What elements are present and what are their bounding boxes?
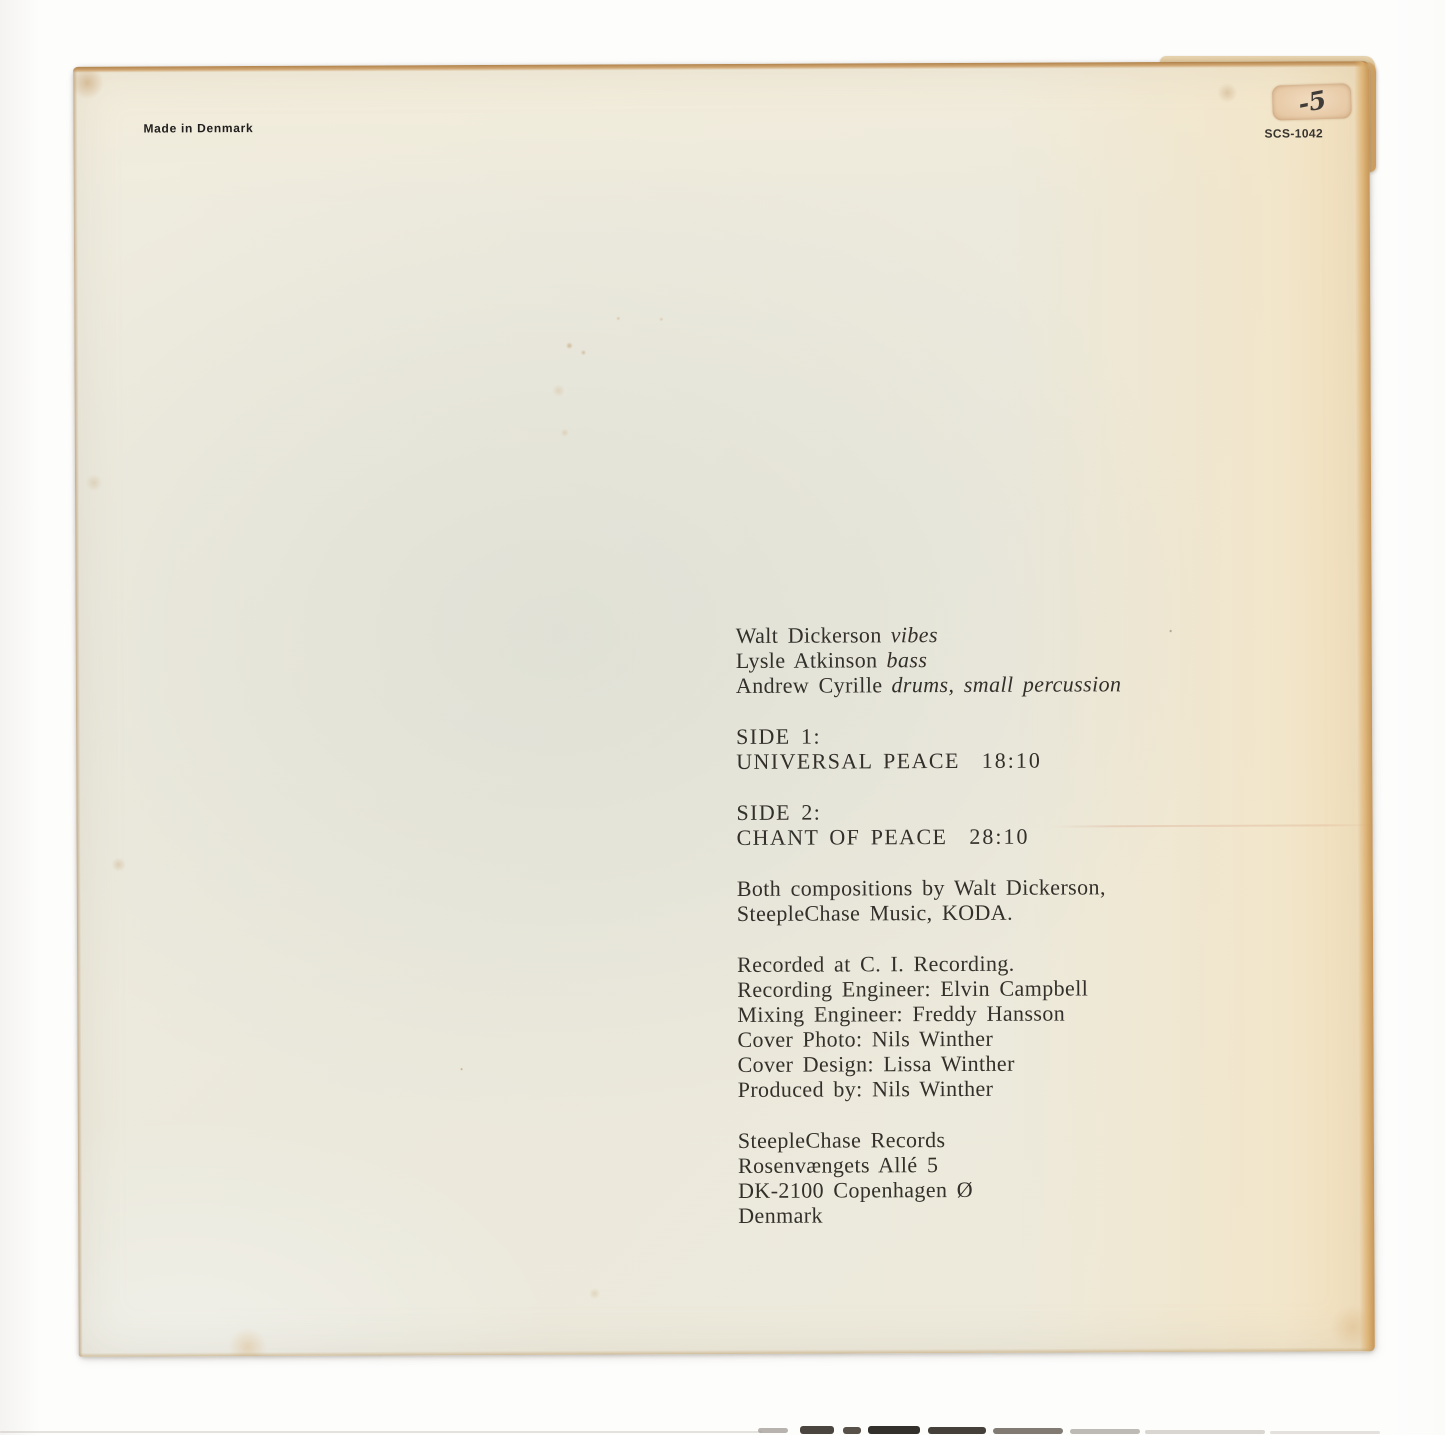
scan-fragment [1070,1429,1140,1434]
musician-instrument: drums, small percussion [891,671,1121,697]
musician-instrument: vibes [891,622,938,647]
scan-fragment [843,1427,861,1434]
side-label: SIDE 2: [736,797,1336,825]
label-address: SteepleChase Records Rosenvængets Allé 5… [738,1125,1338,1228]
worn-edge-left [73,67,83,1357]
personnel-row: Walt Dickersonvibes [736,620,1336,648]
credit-line: Recorded at C. I. Recording. [737,949,1337,977]
side-2-tracklist: SIDE 2: CHANT OF PEACE28:10 [736,797,1336,850]
album-back-cover-photo: Made in Denmark -5 SCS-1042 Walt Dickers… [0,0,1445,1435]
made-in-denmark-text: Made in Denmark [143,121,253,135]
price-sticker: -5 [1272,83,1352,120]
address-line: SteepleChase Records [738,1125,1338,1153]
sticker-handwriting: -5 [1296,85,1329,119]
musician-instrument: bass [886,647,927,672]
side-label: SIDE 1: [736,721,1336,749]
credit-line: Mixing Engineer: Freddy Hansson [737,999,1337,1027]
worn-edge-top [73,61,1369,73]
track-line: CHANT OF PEACE28:10 [737,822,1337,850]
personnel-list: Walt Dickersonvibes Lysle Atkinsonbass A… [736,620,1336,698]
scan-fragment [1145,1430,1265,1434]
catalog-number: SCS-1042 [1264,126,1323,140]
worn-edge-right [1354,61,1375,1351]
composition-credit: Both compositions by Walt Dickerson, Ste… [737,873,1337,926]
address-line: DK-2100 Copenhagen Ø [738,1175,1338,1203]
credit-line: Produced by: Nils Winther [738,1074,1338,1102]
musician-name: Walt Dickerson [736,622,882,648]
record-sleeve-back: Made in Denmark -5 SCS-1042 Walt Dickers… [73,61,1375,1357]
scan-fragment [993,1428,1063,1434]
side-1-tracklist: SIDE 1: UNIVERSAL PEACE18:10 [736,721,1336,774]
credit-line: Cover Design: Lissa Winther [737,1049,1337,1077]
address-line: Denmark [738,1200,1338,1228]
track-title: UNIVERSAL PEACE [736,748,960,774]
scan-fragment [800,1426,834,1434]
track-duration: 28:10 [969,824,1029,849]
liner-notes: Walt Dickersonvibes Lysle Atkinsonbass A… [736,620,1339,1254]
track-title: CHANT OF PEACE [737,824,948,850]
credit-line: Recording Engineer: Elvin Campbell [737,974,1337,1002]
credit-line: Cover Photo: Nils Winther [737,1024,1337,1052]
credit-line: SteepleChase Music, KODA. [737,898,1337,926]
scan-fragment [868,1426,920,1434]
scan-fragment [758,1428,788,1433]
scan-hairline [0,1431,762,1433]
credit-line: Both compositions by Walt Dickerson, [737,873,1337,901]
track-line: UNIVERSAL PEACE18:10 [736,746,1336,774]
address-line: Rosenvængets Allé 5 [738,1150,1338,1178]
personnel-row: Lysle Atkinsonbass [736,645,1336,673]
scan-fragment [928,1427,986,1434]
production-credits: Recorded at C. I. Recording. Recording E… [737,949,1338,1102]
musician-name: Andrew Cyrille [736,672,883,698]
track-duration: 18:10 [982,748,1042,773]
musician-name: Lysle Atkinson [736,647,878,673]
scan-fragment [1270,1431,1380,1434]
personnel-row: Andrew Cyrilledrums, small percussion [736,670,1336,698]
worn-edge-bottom [79,1347,1375,1357]
